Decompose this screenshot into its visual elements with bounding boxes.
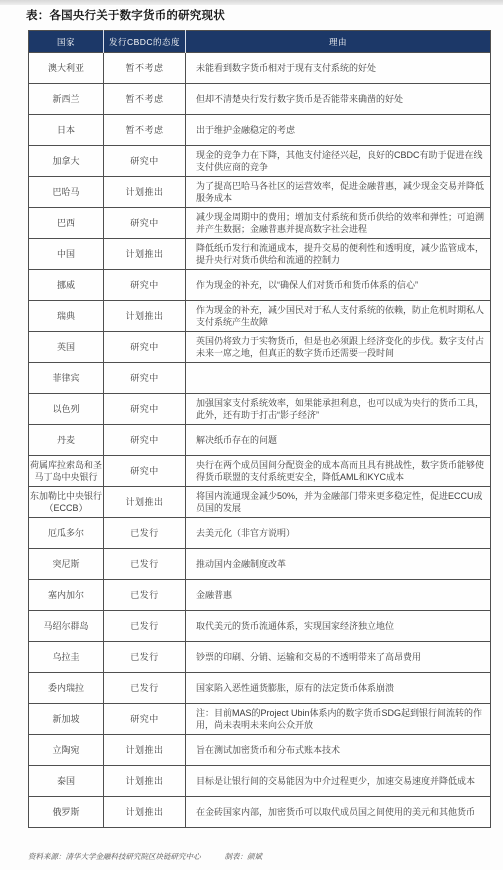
reason-cell: 央行在两个成员国间分配资金的成本高而且具有挑战性，数字货币能够使得货币联盟的支付…: [186, 456, 491, 487]
table-row: 日本暂不考虑出于维护金融稳定的考虑: [29, 115, 491, 146]
country-cell: 英国: [29, 332, 104, 363]
attitude-cell: 研究中: [104, 704, 186, 735]
document-page: 表：各国央行关于数字货币的研究现状 国家 发行CBDC的态度 理由 澳大利亚暂不…: [0, 0, 503, 870]
table-row: 新西兰暂不考虑但却不清楚央行发行数字货币是否能带来确凿的好处: [29, 84, 491, 115]
table-row: 巴西研究中减少现金周期中的费用；增加支付系统和货币供给的效率和弹性；可追溯并产生…: [29, 208, 491, 239]
attitude-cell: 研究中: [104, 456, 186, 487]
table-row: 英国研究中英国仍将致力于实物货币，但是也必须跟上经济变化的步伐。数字支付占未来一…: [29, 332, 491, 363]
reason-cell: 未能看到数字货币相对于现有支付系统的好处: [186, 53, 491, 84]
country-cell: 马绍尔群岛: [29, 611, 104, 642]
country-cell: 泰国: [29, 766, 104, 797]
attitude-cell: 已发行: [104, 580, 186, 611]
reason-cell: 目标是让银行间的交易能因为中介过程更少，加速交易速度并降低成本: [186, 766, 491, 797]
reason-cell: 国家陷入恶性通货膨胀，原有的法定货币体系崩溃: [186, 673, 491, 704]
reason-cell: 将国内流通现金减少50%，并为金融部门带来更多稳定性，促进ECCU成员国的发展: [186, 487, 491, 518]
table-row: 丹麦研究中解决纸币存在的问题: [29, 425, 491, 456]
attitude-cell: 暂不考虑: [104, 115, 186, 146]
country-cell: 菲律宾: [29, 363, 104, 394]
header-country: 国家: [29, 31, 104, 53]
attitude-cell: 研究中: [104, 363, 186, 394]
table-row: 瑞典计划推出作为现金的补充，减少国民对于私人支付系统的依赖，防止危机时期私人支付…: [29, 301, 491, 332]
country-cell: 荷属库拉索岛和圣马丁岛中央银行: [29, 456, 104, 487]
table-row: 立陶宛计划推出旨在测试加密货币和分布式账本技术: [29, 735, 491, 766]
attitude-cell: 计划推出: [104, 797, 186, 828]
reason-cell: 减少现金周期中的费用；增加支付系统和货币供给的效率和弹性；可追溯并产生数据；金融…: [186, 208, 491, 239]
attitude-cell: 计划推出: [104, 766, 186, 797]
country-cell: 中国: [29, 239, 104, 270]
table-row: 加拿大研究中现金的竞争力在下降，其他支付途径兴起，良好的CBDC有助于促进在线支…: [29, 146, 491, 177]
table-row: 以色列研究中加强国家支付系统效率，如果能承担利息，也可以成为央行的货币工具，此外…: [29, 394, 491, 425]
reason-cell: 在金砖国家内部，加密货币可以取代成员国之间使用的美元和其他货币: [186, 797, 491, 828]
reason-cell: 加强国家支付系统效率，如果能承担利息，也可以成为央行的货币工具，此外，还有助于打…: [186, 394, 491, 425]
header-reason: 理由: [186, 31, 491, 53]
attitude-cell: 计划推出: [104, 239, 186, 270]
country-cell: 巴哈马: [29, 177, 104, 208]
attitude-cell: 计划推出: [104, 487, 186, 518]
reason-cell: 英国仍将致力于实物货币，但是也必须跟上经济变化的步伐。数字支付占未来一席之地，但…: [186, 332, 491, 363]
reason-cell: 取代美元的货币流通体系，实现国家经济独立地位: [186, 611, 491, 642]
country-cell: 俄罗斯: [29, 797, 104, 828]
attitude-cell: 暂不考虑: [104, 84, 186, 115]
reason-cell: 解决纸币存在的问题: [186, 425, 491, 456]
reason-cell: 降低纸币发行和流通成本，提升交易的便利性和透明度，减少监管成本，提升央行对货币供…: [186, 239, 491, 270]
table-row: 泰国计划推出目标是让银行间的交易能因为中介过程更少，加速交易速度并降低成本: [29, 766, 491, 797]
table-row: 乌拉圭已发行钞票的印刷、分销、运输和交易的不透明带来了高昂费用: [29, 642, 491, 673]
country-cell: 新加坡: [29, 704, 104, 735]
country-cell: 加拿大: [29, 146, 104, 177]
country-cell: 以色列: [29, 394, 104, 425]
country-cell: 新西兰: [29, 84, 104, 115]
reason-cell: 旨在测试加密货币和分布式账本技术: [186, 735, 491, 766]
attitude-cell: 已发行: [104, 549, 186, 580]
attitude-cell: 计划推出: [104, 301, 186, 332]
attitude-cell: 研究中: [104, 394, 186, 425]
table-row: 菲律宾研究中: [29, 363, 491, 394]
reason-cell: 注：目前MAS的Project Ubin体系内的数字货币SDG起到银行间流转的作…: [186, 704, 491, 735]
attitude-cell: 已发行: [104, 611, 186, 642]
country-cell: 东加勒比中央银行（ECCB）: [29, 487, 104, 518]
attitude-cell: 计划推出: [104, 735, 186, 766]
country-cell: 日本: [29, 115, 104, 146]
reason-cell: 钞票的印刷、分销、运输和交易的不透明带来了高昂费用: [186, 642, 491, 673]
country-cell: 委内瑞拉: [29, 673, 104, 704]
reason-cell: 出于维护金融稳定的考虑: [186, 115, 491, 146]
header-cbdc-attitude: 发行CBDC的态度: [104, 31, 186, 53]
attitude-cell: 已发行: [104, 518, 186, 549]
table-row: 中国计划推出降低纸币发行和流通成本，提升交易的便利性和透明度，减少监管成本，提升…: [29, 239, 491, 270]
page-top-edge: [0, 0, 503, 5]
reason-cell: 去美元化（非官方说明）: [186, 518, 491, 549]
author-note: 制表：颜斌: [225, 852, 263, 861]
country-cell: 澳大利亚: [29, 53, 104, 84]
country-cell: 挪威: [29, 270, 104, 301]
table-row: 新加坡研究中注：目前MAS的Project Ubin体系内的数字货币SDG起到银…: [29, 704, 491, 735]
country-cell: 巴西: [29, 208, 104, 239]
country-cell: 立陶宛: [29, 735, 104, 766]
reason-cell: 为了提高巴哈马各社区的运营效率，促进金融普惠，减少现金交易并降低服务成本: [186, 177, 491, 208]
table-row: 俄罗斯计划推出在金砖国家内部，加密货币可以取代成员国之间使用的美元和其他货币: [29, 797, 491, 828]
table-row: 荷属库拉索岛和圣马丁岛中央银行研究中央行在两个成员国间分配资金的成本高而且具有挑…: [29, 456, 491, 487]
table-row: 突尼斯已发行推动国内金融制度改革: [29, 549, 491, 580]
table-title: 表：各国央行关于数字货币的研究现状: [26, 7, 225, 23]
reason-cell: [186, 363, 491, 394]
country-cell: 丹麦: [29, 425, 104, 456]
table-row: 马绍尔群岛已发行取代美元的货币流通体系，实现国家经济独立地位: [29, 611, 491, 642]
reason-cell: 但却不清楚央行发行数字货币是否能带来确凿的好处: [186, 84, 491, 115]
attitude-cell: 研究中: [104, 270, 186, 301]
table-row: 塞内加尔已发行金融普惠: [29, 580, 491, 611]
attitude-cell: 研究中: [104, 208, 186, 239]
source-note: 资料来源：清华大学金融科技研究院区块链研究中心: [28, 852, 201, 861]
table-row: 挪威研究中作为现金的补充，以“确保人们对货币和货币体系的信心”: [29, 270, 491, 301]
attitude-cell: 研究中: [104, 332, 186, 363]
attitude-cell: 研究中: [104, 425, 186, 456]
reason-cell: 推动国内金融制度改革: [186, 549, 491, 580]
attitude-cell: 研究中: [104, 146, 186, 177]
table-row: 厄瓜多尔已发行去美元化（非官方说明）: [29, 518, 491, 549]
reason-cell: 作为现金的补充，减少国民对于私人支付系统的依赖，防止危机时期私人支付系统产生故障: [186, 301, 491, 332]
country-cell: 塞内加尔: [29, 580, 104, 611]
country-cell: 瑞典: [29, 301, 104, 332]
cbdc-research-table: 国家 发行CBDC的态度 理由 澳大利亚暂不考虑未能看到数字货币相对于现有支付系…: [28, 30, 491, 828]
footer: 资料来源：清华大学金融科技研究院区块链研究中心制表：颜斌: [28, 851, 262, 862]
table-row: 东加勒比中央银行（ECCB）计划推出将国内流通现金减少50%，并为金融部门带来更…: [29, 487, 491, 518]
table-row: 委内瑞拉已发行国家陷入恶性通货膨胀，原有的法定货币体系崩溃: [29, 673, 491, 704]
country-cell: 乌拉圭: [29, 642, 104, 673]
reason-cell: 金融普惠: [186, 580, 491, 611]
table-header-row: 国家 发行CBDC的态度 理由: [29, 31, 491, 53]
attitude-cell: 已发行: [104, 673, 186, 704]
attitude-cell: 暂不考虑: [104, 53, 186, 84]
country-cell: 厄瓜多尔: [29, 518, 104, 549]
table-row: 巴哈马计划推出为了提高巴哈马各社区的运营效率，促进金融普惠，减少现金交易并降低服…: [29, 177, 491, 208]
attitude-cell: 已发行: [104, 642, 186, 673]
reason-cell: 作为现金的补充，以“确保人们对货币和货币体系的信心”: [186, 270, 491, 301]
reason-cell: 现金的竞争力在下降，其他支付途径兴起，良好的CBDC有助于促进在线支付供应商的竞…: [186, 146, 491, 177]
attitude-cell: 计划推出: [104, 177, 186, 208]
table-row: 澳大利亚暂不考虑未能看到数字货币相对于现有支付系统的好处: [29, 53, 491, 84]
country-cell: 突尼斯: [29, 549, 104, 580]
